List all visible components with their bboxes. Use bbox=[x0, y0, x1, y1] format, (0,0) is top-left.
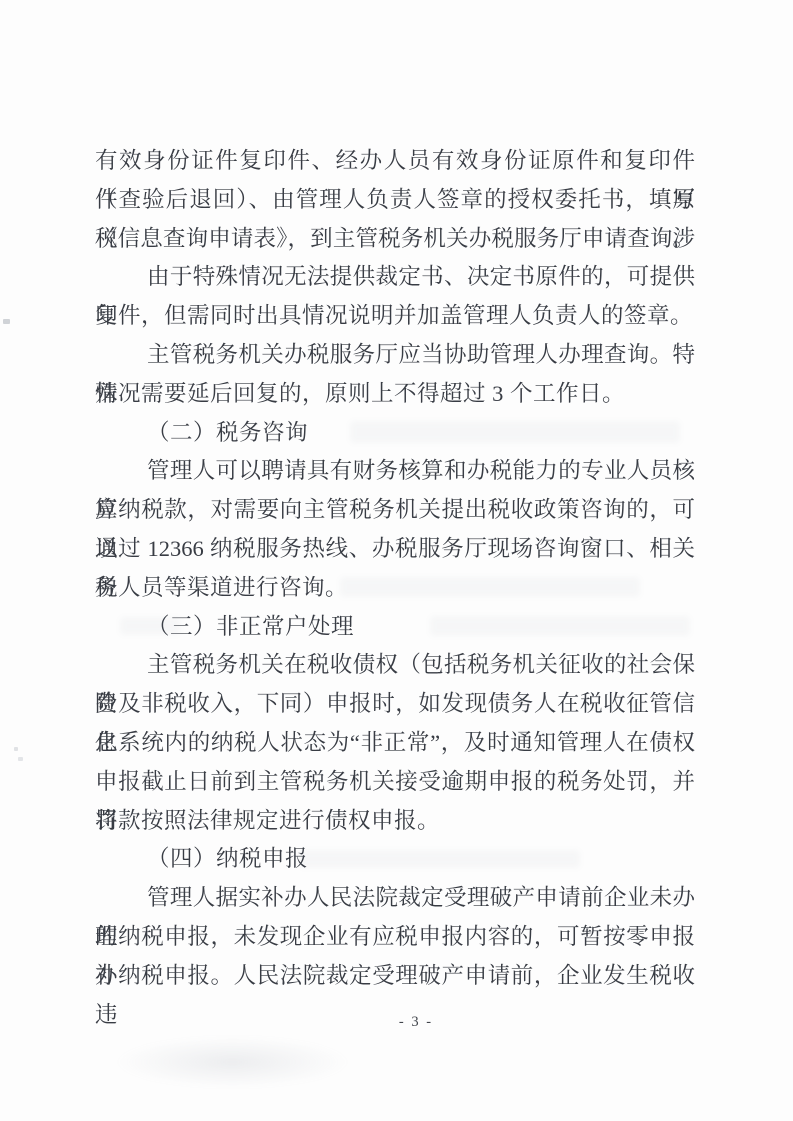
section-heading: （四）纳税申报 bbox=[95, 840, 695, 879]
document-page: 有效身份证件复印件、经办人员有效身份证原件和复印件（原 件查验后退回）、由管理人… bbox=[0, 0, 793, 1121]
document-line: 主管税务机关在税收债权（包括税务机关征收的社会保险 bbox=[95, 646, 695, 685]
document-line: 税信息查询申请表》，到主管税务机关办税服务厅申请查询。 bbox=[95, 220, 695, 259]
document-line: 应纳税款，对需要向主管税务机关提出税收政策咨询的，可以 bbox=[95, 491, 695, 530]
document-line: 申报截止日前到主管税务机关接受逾期申报的税务处罚，并将 bbox=[95, 763, 695, 802]
section-heading: （二）税务咨询 bbox=[95, 414, 695, 453]
document-body: 有效身份证件复印件、经办人员有效身份证原件和复印件（原 件查验后退回）、由管理人… bbox=[95, 142, 695, 996]
document-line: 管理人据实补办人民法院裁定受理破产申请前企业未办理 bbox=[95, 879, 695, 918]
document-line: 务人员等渠道进行咨询。 bbox=[95, 569, 695, 608]
ink-speck bbox=[18, 757, 23, 761]
document-line: 情况需要延后回复的，原则上不得超过 3 个工作日。 bbox=[95, 375, 695, 414]
document-line: 办纳税申报。人民法院裁定受理破产申请前，企业发生税收违 bbox=[95, 957, 695, 996]
document-line: 印件，但需同时出具情况说明并加盖管理人负责人的签章。 bbox=[95, 297, 695, 336]
document-line: 主管税务机关办税服务厅应当协助管理人办理查询。特殊 bbox=[95, 336, 695, 375]
document-line: 的纳税申报，未发现企业有应税申报内容的，可暂按零申报补 bbox=[95, 918, 695, 957]
document-line: 由于特殊情况无法提供裁定书、决定书原件的，可提供复 bbox=[95, 258, 695, 297]
document-line: 化系统内的纳税人状态为“非正常”，及时通知管理人在债权 bbox=[95, 724, 695, 763]
section-heading: （三）非正常户处理 bbox=[95, 608, 695, 647]
ink-speck bbox=[3, 319, 10, 324]
ink-speck bbox=[14, 747, 18, 751]
document-line: 有效身份证件复印件、经办人员有效身份证原件和复印件（原 bbox=[95, 142, 695, 181]
document-line: 通过 12366 纳税服务热线、办税服务厅现场咨询窗口、相关税 bbox=[95, 530, 695, 569]
document-line: 费及非税收入，下同）申报时，如发现债务人在税收征管信息 bbox=[95, 685, 695, 724]
page-number: - 3 - bbox=[399, 1014, 433, 1031]
document-line: 管理人可以聘请具有财务核算和办税能力的专业人员核算 bbox=[95, 452, 695, 491]
scan-smudge bbox=[115, 1036, 350, 1088]
document-line: 件查验后退回）、由管理人负责人签章的授权委托书，填写《涉 bbox=[95, 181, 695, 220]
document-line: 罚款按照法律规定进行债权申报。 bbox=[95, 802, 695, 841]
